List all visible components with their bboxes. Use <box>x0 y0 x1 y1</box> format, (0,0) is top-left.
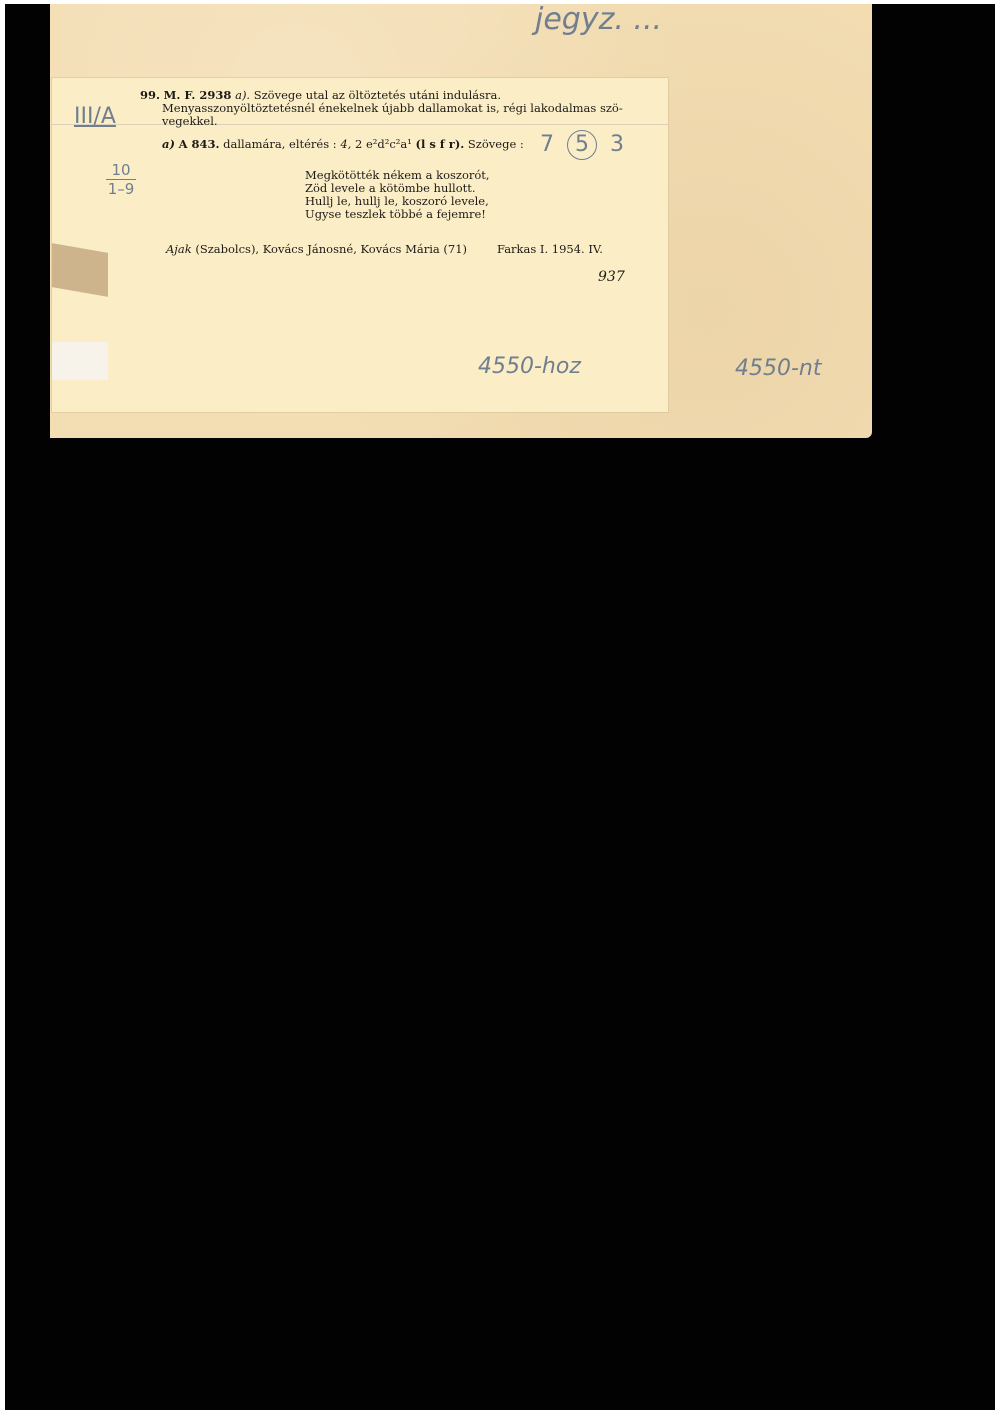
lyrics-line: Ugyse teszlek többé a fejemre! <box>305 208 490 221</box>
variant-line: a) A 843. dallamára, eltérés : 4, 2 e²d²… <box>162 138 524 151</box>
variant-text: dallamára, eltérés : <box>223 137 337 151</box>
handwritten-top-note: jegyz. ... <box>535 2 662 37</box>
variant-deviation-notes: 2 e²d²c²a¹ <box>355 137 412 151</box>
variant-label: a) <box>162 137 175 151</box>
entry-line-2: Menyasszonyöltöztetésnél énekelnek újabb… <box>162 102 623 115</box>
source-informants: (Szabolcs), Kovács Jánosné, Kovács Mária… <box>195 242 467 256</box>
margin-number-3: 3 <box>610 132 624 157</box>
source-collector: Farkas I. 1954. IV. <box>497 243 603 256</box>
slip-crease <box>52 124 668 125</box>
margin-number-circled: 5 <box>567 130 597 160</box>
lyrics-block: Megkötötték nékem a koszorót, Zöd levele… <box>305 169 490 221</box>
lyrics-label: Szövege : <box>468 137 524 151</box>
handwritten-slip-note: 4550-hoz <box>478 354 581 379</box>
handwritten-fraction: 10 1–9 <box>106 162 136 197</box>
handwritten-margin-numbers: 7 5 3 <box>540 130 624 160</box>
source-place: Ajak <box>166 242 192 256</box>
entry-ref: M. F. 2938 <box>164 88 232 102</box>
variant-deviation-code: (l s f r). <box>416 137 465 151</box>
tape-white <box>52 342 108 380</box>
handwritten-classification: III/A <box>74 104 116 129</box>
fraction-top: 10 <box>106 162 136 178</box>
variant-tune-ref: A 843. <box>179 137 220 151</box>
variant-deviation-num: 4, <box>340 137 351 151</box>
entry-number: 99. <box>140 88 160 102</box>
margin-number-1: 7 <box>540 132 554 157</box>
entry-line-1-text: Szövege utal az öltöztetés utáni indulás… <box>254 88 501 102</box>
handwritten-card-note: 4550-nt <box>735 356 822 381</box>
fraction-bottom: 1–9 <box>106 181 136 197</box>
page-number: 937 <box>598 271 625 284</box>
entry-ref-italic: a). <box>235 88 250 102</box>
source-line: Ajak (Szabolcs), Kovács Jánosné, Kovács … <box>166 243 467 256</box>
entry-line-3: vegekkel. <box>162 115 218 128</box>
